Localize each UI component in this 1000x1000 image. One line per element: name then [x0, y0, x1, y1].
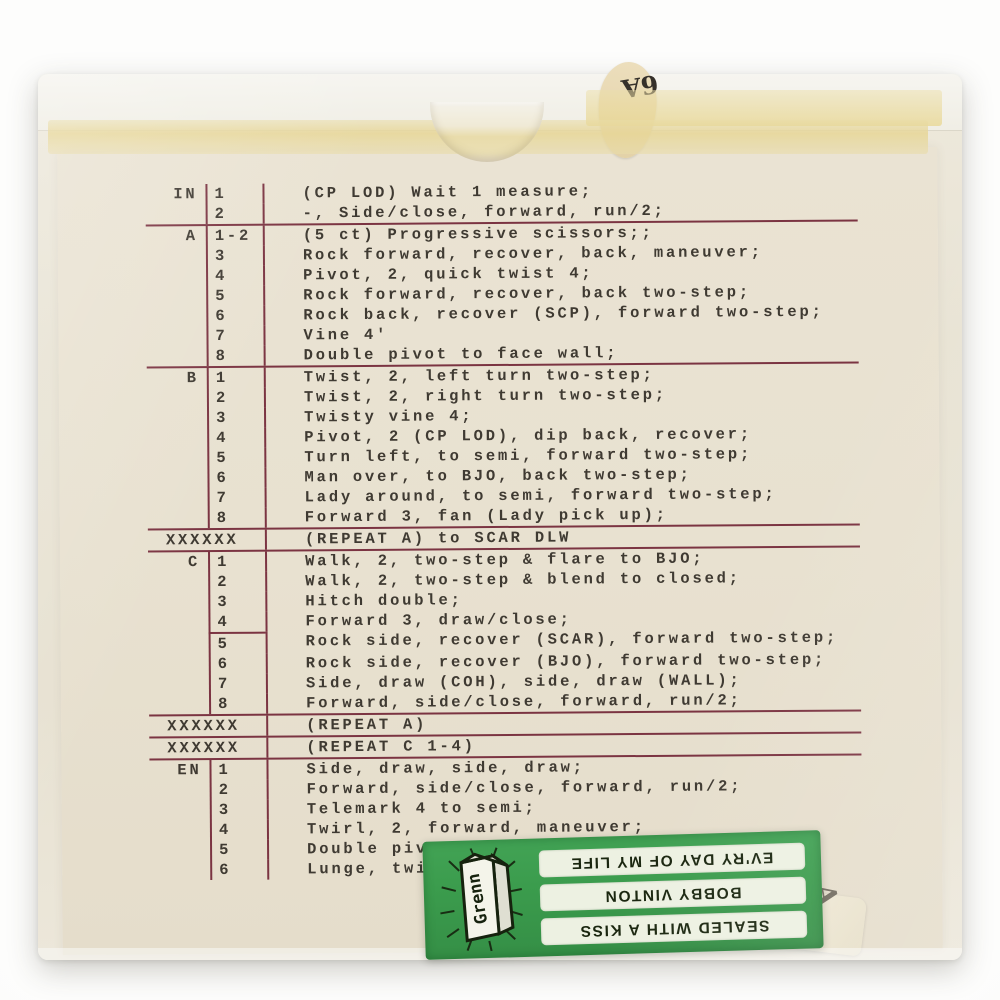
measure-number: 6 — [206, 306, 263, 326]
artist-name: BOBBY VINTON — [604, 882, 742, 904]
section-letter — [148, 572, 208, 592]
section-letter: A — [146, 226, 206, 246]
section-letter — [149, 632, 209, 654]
cue-text: (REPEAT A) — [266, 711, 861, 735]
measure-number: 1 — [207, 368, 264, 388]
measure-number: 8 — [207, 346, 264, 366]
section-letter — [147, 346, 207, 366]
repeat-marker: XXXXXX — [148, 530, 265, 551]
measure-number: 8 — [208, 508, 265, 528]
measure-number: 6 — [207, 468, 264, 488]
section-letter — [149, 654, 209, 674]
flip-side-title: EV'RY DAY OF MY LIFE — [570, 848, 774, 872]
measure-number: 8 — [209, 694, 266, 714]
label-title-strip: SEALED WITH A KISS — [541, 910, 808, 945]
measure-number: 5 — [206, 286, 263, 306]
section-a: A1-2(5 ct) Progressive scissors;;3Rock f… — [146, 221, 859, 368]
section-letter — [150, 800, 210, 820]
cue-row: 8Forward, side/close, forward, run/2; — [149, 689, 861, 714]
cue-text: (REPEAT A) to SCAR DLW — [265, 525, 860, 549]
measure-number: 7 — [206, 326, 263, 346]
section-letter — [148, 612, 208, 632]
cue-row: XXXXXX(REPEAT A) to SCAR DLW — [148, 525, 860, 550]
measure-number: 5 — [207, 448, 264, 468]
section-letter — [147, 468, 207, 488]
measure-number: 1 — [205, 184, 262, 204]
section-letter — [150, 840, 210, 860]
grenn-jukebox-icon: Grenn — [430, 843, 533, 956]
cue-row: 8Double pivot to face wall; — [147, 341, 859, 366]
section-letter — [146, 286, 206, 306]
cue-text: Forward, side/close, forward, run/2; — [266, 689, 861, 713]
section-letter — [149, 694, 209, 714]
measure-number: 1-2 — [206, 226, 263, 246]
measure-number: 1 — [209, 760, 266, 780]
record-label: Grenn EV'RY DAY OF MY LIFE BOBBY VINTON … — [422, 830, 823, 960]
section-in: IN1(CP LOD) Wait 1 measure;2-, Side/clos… — [145, 179, 857, 226]
section-letter — [147, 448, 207, 468]
measure-number: 2 — [210, 780, 267, 800]
measure-number: 3 — [206, 246, 263, 266]
section-letter — [149, 674, 209, 694]
cue-text: Double pivot to face wall; — [264, 341, 859, 365]
section-letter — [147, 428, 207, 448]
section-letter — [146, 246, 206, 266]
measure-number: 4 — [207, 428, 264, 448]
label-artist-strip: BOBBY VINTON — [540, 876, 807, 911]
measure-number: 6 — [210, 860, 267, 880]
section-letter — [148, 488, 208, 508]
section-b: B1Twist, 2, left turn two-step;2Twist, 2… — [147, 363, 860, 530]
measure-number: 4 — [206, 266, 263, 286]
section-letter: C — [148, 552, 208, 572]
section-letter — [150, 780, 210, 800]
measure-number: 5 — [209, 632, 266, 654]
section-letter: IN — [145, 184, 205, 204]
cue-text: -, Side/close, forward, run/2; — [263, 199, 858, 223]
measure-number: 2 — [206, 204, 263, 224]
section-letter — [146, 326, 206, 346]
section-letter — [150, 820, 210, 840]
cue-row: 2-, Side/close, forward, run/2; — [146, 199, 858, 224]
section-letter — [148, 508, 208, 528]
measure-number: 6 — [209, 654, 266, 674]
section-c: C1Walk, 2, two-step & flare to BJO;2Walk… — [148, 547, 861, 716]
section-letter — [146, 204, 206, 224]
record-title: SEALED WITH A KISS — [579, 916, 770, 940]
measure-number: 7 — [209, 674, 266, 694]
section-letter — [147, 388, 207, 408]
measure-number: 2 — [208, 572, 265, 592]
section-letter — [148, 592, 208, 612]
measure-number: 2 — [207, 388, 264, 408]
section-letter — [150, 860, 210, 880]
cue-row: XXXXXX(REPEAT C 1-4) — [149, 733, 861, 758]
record-sleeve: 6A IN1(CP LOD) Wait 1 measure;2-, Side/c… — [38, 74, 962, 960]
measure-number: 5 — [210, 840, 267, 860]
measure-number: 1 — [208, 552, 265, 572]
measure-number: 3 — [208, 592, 265, 612]
label-flip-side-strip: EV'RY DAY OF MY LIFE — [539, 842, 806, 877]
label-text-strips: EV'RY DAY OF MY LIFE BOBBY VINTON SEALED… — [538, 830, 823, 956]
section-letter — [147, 408, 207, 428]
measure-number: 3 — [207, 408, 264, 428]
cue-row: 8Forward 3, fan (Lady pick up); — [148, 503, 860, 528]
photo-background: 6A IN1(CP LOD) Wait 1 measure;2-, Side/c… — [0, 0, 1000, 1000]
section-letter: B — [147, 368, 207, 388]
grenn-logo: Grenn — [422, 838, 541, 959]
section-letter — [146, 266, 206, 286]
measure-number: 7 — [208, 488, 265, 508]
repeat-marker: XXXXXX — [149, 738, 266, 759]
cue-table: IN1(CP LOD) Wait 1 measure;2-, Side/clos… — [145, 179, 862, 880]
measure-number: 3 — [210, 800, 267, 820]
repeat-marker: XXXXXX — [149, 716, 266, 737]
cue-text: (REPEAT C 1-4) — [266, 733, 861, 757]
measure-number: 4 — [208, 612, 265, 632]
cue-row: XXXXXX(REPEAT A) — [149, 711, 861, 736]
measure-number: 4 — [210, 820, 267, 840]
section-letter — [146, 306, 206, 326]
section-letter: EN — [149, 760, 209, 780]
cue-text: Forward 3, fan (Lady pick up); — [265, 503, 860, 527]
